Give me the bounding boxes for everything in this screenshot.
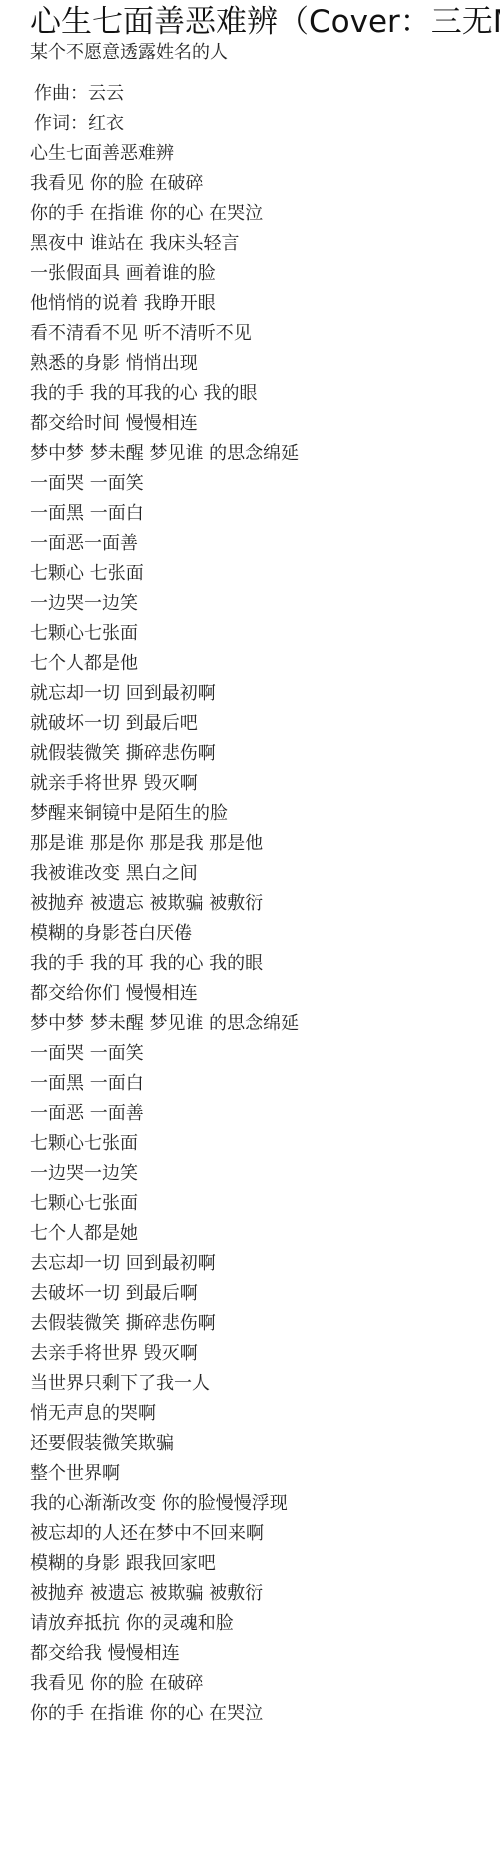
lyric-line: 被抛弃 被遗忘 被欺骗 被敷衍 (30, 889, 299, 919)
credit-composer: 作曲：云云 (34, 79, 124, 109)
lyric-line: 一面哭 一面笑 (30, 469, 299, 499)
lyric-line: 就亲手将世界 毁灭啊 (30, 769, 299, 799)
lyric-line: 去亲手将世界 毁灭啊 (30, 1339, 299, 1369)
lyric-line: 去破坏一切 到最后啊 (30, 1279, 299, 1309)
lyric-line: 七颗心 七张面 (30, 559, 299, 589)
credits: 作曲：云云 作词：红衣 (34, 79, 124, 139)
lyric-line: 他悄悄的说着 我睁开眼 (30, 289, 299, 319)
lyric-line: 请放弃抵抗 你的灵魂和脸 (30, 1609, 299, 1639)
lyric-line: 我看见 你的脸 在破碎 (30, 1669, 299, 1699)
lyric-line: 看不清看不见 听不清听不见 (30, 319, 299, 349)
lyric-line: 一边哭一边笑 (30, 1159, 299, 1189)
lyric-line: 都交给时间 慢慢相连 (30, 409, 299, 439)
lyric-line: 七颗心七张面 (30, 1129, 299, 1159)
lyric-line: 一面恶一面善 (30, 529, 299, 559)
lyric-line: 整个世界啊 (30, 1459, 299, 1489)
lyric-line: 一张假面具 画着谁的脸 (30, 259, 299, 289)
lyric-line: 我的手 我的耳 我的心 我的眼 (30, 949, 299, 979)
lyric-line: 梦中梦 梦未醒 梦见谁 的思念绵延 (30, 439, 299, 469)
lyric-line: 被忘却的人还在梦中不回来啊 (30, 1519, 299, 1549)
lyric-line: 模糊的身影苍白厌倦 (30, 919, 299, 949)
lyric-line: 一面哭 一面笑 (30, 1039, 299, 1069)
lyric-line: 就破坏一切 到最后吧 (30, 709, 299, 739)
lyric-line: 就假装微笑 撕碎悲伤啊 (30, 739, 299, 769)
lyric-line: 还要假装微笑欺骗 (30, 1429, 299, 1459)
lyric-line: 去忘却一切 回到最初啊 (30, 1249, 299, 1279)
song-title: 心生七面善恶难辨（Cover：三无MarBlue） (30, 2, 500, 42)
lyric-line: 梦醒来铜镜中是陌生的脸 (30, 799, 299, 829)
lyric-line: 七颗心七张面 (30, 1189, 299, 1219)
lyric-line: 都交给你们 慢慢相连 (30, 979, 299, 1009)
lyric-line: 我的心渐渐改变 你的脸慢慢浮现 (30, 1489, 299, 1519)
lyric-line: 去假装微笑 撕碎悲伤啊 (30, 1309, 299, 1339)
lyric-line: 七颗心七张面 (30, 619, 299, 649)
lyric-line: 我的手 我的耳我的心 我的眼 (30, 379, 299, 409)
lyric-line: 一面恶 一面善 (30, 1099, 299, 1129)
lyric-line: 被抛弃 被遗忘 被欺骗 被敷衍 (30, 1579, 299, 1609)
lyric-line: 梦中梦 梦未醒 梦见谁 的思念绵延 (30, 1009, 299, 1039)
lyric-line: 你的手 在指谁 你的心 在哭泣 (30, 199, 299, 229)
lyric-line: 我看见 你的脸 在破碎 (30, 169, 299, 199)
song-artist: 某个不愿意透露姓名的人 (30, 40, 228, 66)
lyric-line: 当世界只剩下了我一人 (30, 1369, 299, 1399)
lyric-line: 一面黑 一面白 (30, 1069, 299, 1099)
lyric-line: 七个人都是他 (30, 649, 299, 679)
lyric-line: 那是谁 那是你 那是我 那是他 (30, 829, 299, 859)
lyric-line: 一面黑 一面白 (30, 499, 299, 529)
lyric-line: 我被谁改变 黑白之间 (30, 859, 299, 889)
lyric-line: 心生七面善恶难辨 (30, 139, 299, 169)
lyric-line: 熟悉的身影 悄悄出现 (30, 349, 299, 379)
lyric-line: 模糊的身影 跟我回家吧 (30, 1549, 299, 1579)
lyrics-body: 心生七面善恶难辨我看见 你的脸 在破碎你的手 在指谁 你的心 在哭泣黑夜中 谁站… (30, 139, 299, 1729)
lyric-line: 七个人都是她 (30, 1219, 299, 1249)
lyric-line: 都交给我 慢慢相连 (30, 1639, 299, 1669)
lyric-line: 你的手 在指谁 你的心 在哭泣 (30, 1699, 299, 1729)
lyric-line: 就忘却一切 回到最初啊 (30, 679, 299, 709)
lyric-line: 一边哭一边笑 (30, 589, 299, 619)
lyric-line: 黑夜中 谁站在 我床头轻言 (30, 229, 299, 259)
credit-lyricist: 作词：红衣 (34, 109, 124, 139)
lyric-line: 悄无声息的哭啊 (30, 1399, 299, 1429)
